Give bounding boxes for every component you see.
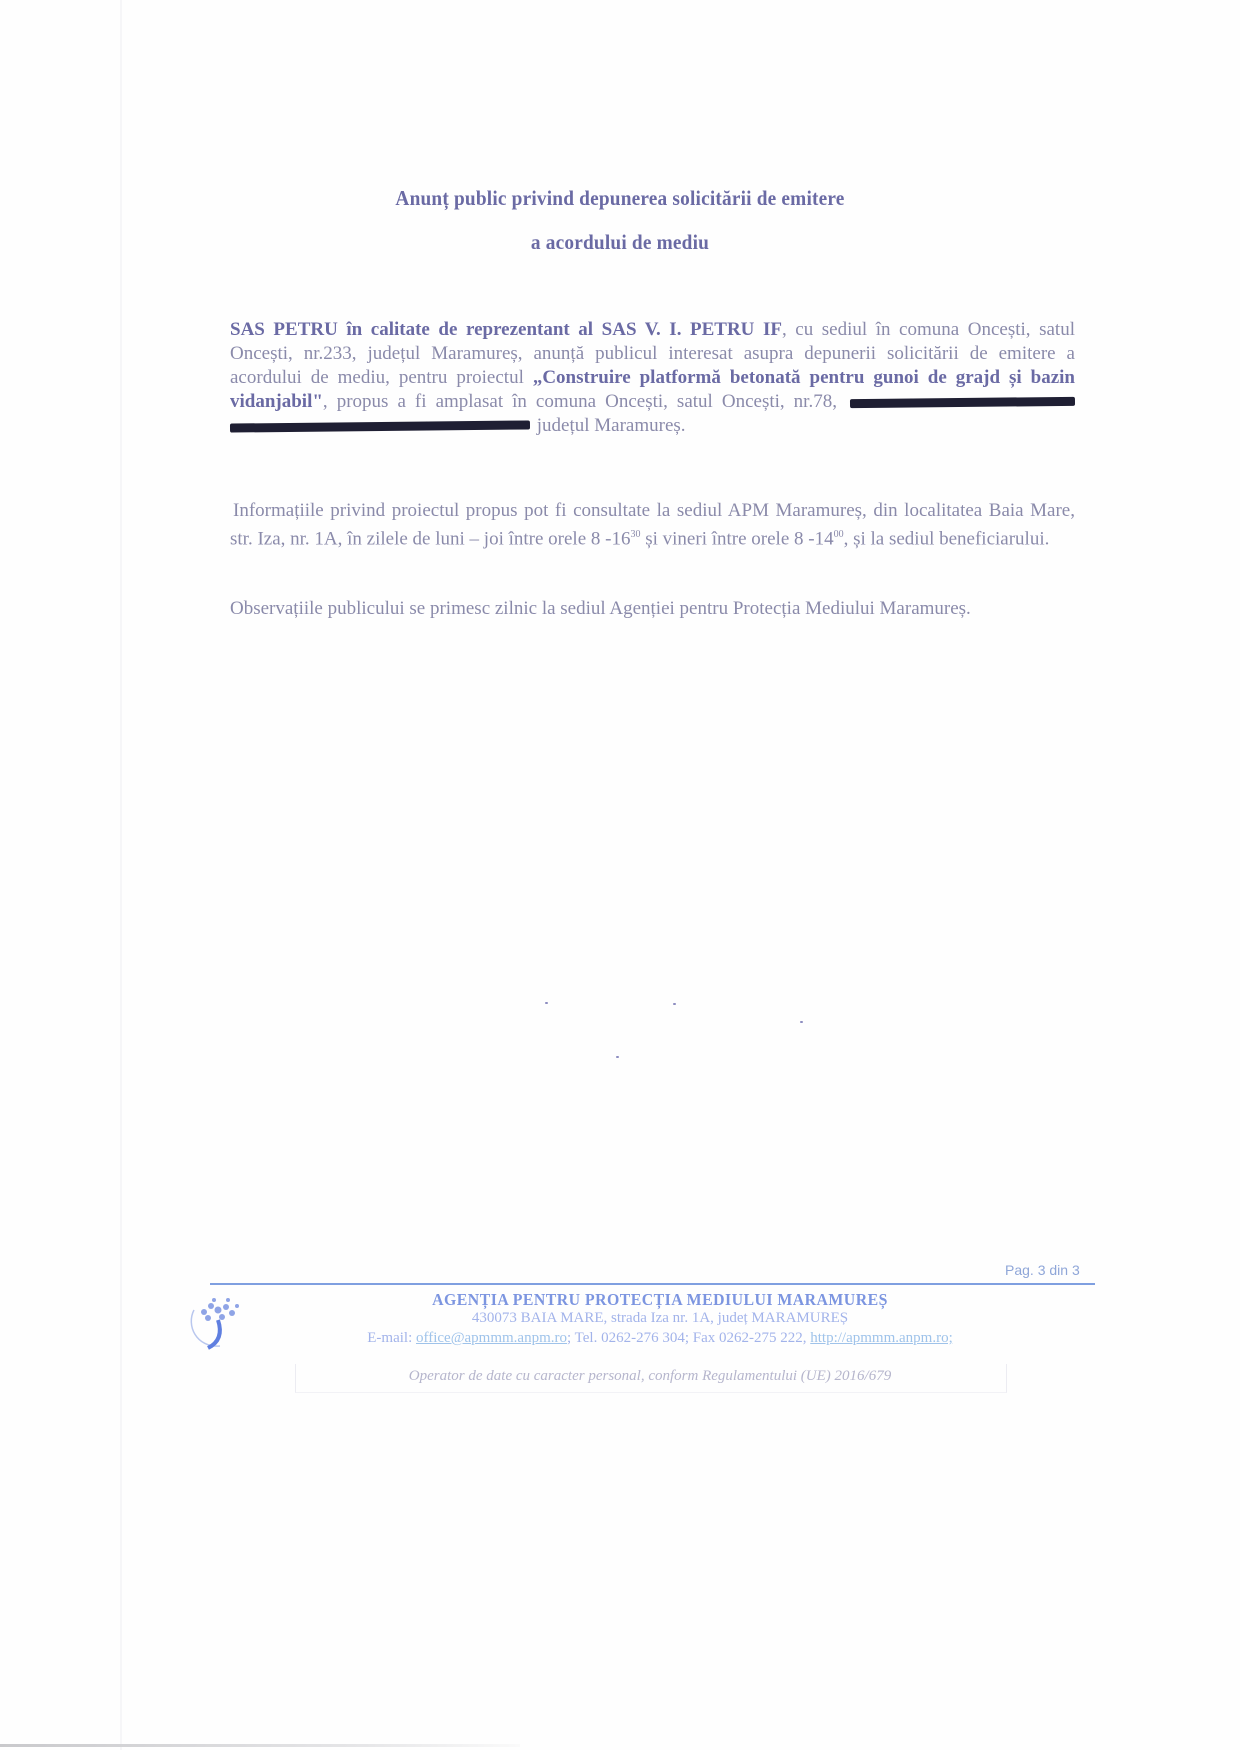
email-link[interactable]: office@apmmm.anpm.ro xyxy=(416,1330,567,1346)
document-page: Anunț public privind depunerea solicităr… xyxy=(0,0,1240,1750)
agency-name: AGENȚIA PENTRU PROTECȚIA MEDIULUI MARAMU… xyxy=(297,1290,1022,1310)
location-text: , propus a fi amplasat în comuna Oncești… xyxy=(323,391,846,412)
page-number: Pag. 3 din 3 xyxy=(1005,1262,1080,1278)
document-subtitle: a acordului de mediu xyxy=(50,230,1191,255)
footer-divider xyxy=(210,1283,1095,1285)
scan-edge xyxy=(120,0,122,1750)
agency-contact: E-mail: office@apmmm.anpm.ro; Tel. 0262-… xyxy=(240,1330,1080,1347)
applicant-name: SAS PETRU xyxy=(230,319,338,340)
announcement-paragraph: SAS PETRU în calitate de reprezentant al… xyxy=(230,318,1075,438)
company-name: SAS V. I. PETRU IF xyxy=(602,319,782,340)
document-title: Anunț public privind depunerea solicităr… xyxy=(50,186,1191,211)
observations-paragraph: Observațiile publicului se primesc zilni… xyxy=(230,597,1075,621)
info-text: , și la sediul beneficiarului. xyxy=(844,528,1050,549)
info-paragraph: Informațiile privind proiectul propus po… xyxy=(230,499,1075,551)
time-superscript: 00 xyxy=(834,529,844,540)
county-text: județul Maramureș. xyxy=(532,415,686,436)
email-label: E-mail: xyxy=(367,1330,416,1346)
role-text: în calitate de reprezentant al xyxy=(338,319,602,340)
gdpr-note: Operator de date cu caracter personal, c… xyxy=(295,1368,1005,1385)
redaction-bar xyxy=(230,421,530,433)
website-link[interactable]: http://apmmm.anpm.ro; xyxy=(810,1330,953,1346)
redaction-bar xyxy=(850,397,1075,408)
info-text: și vineri între orele 8 -14 xyxy=(640,528,833,549)
scan-edge xyxy=(0,1744,520,1747)
time-superscript: 30 xyxy=(630,529,640,540)
phone-fax: ; Tel. 0262-276 304; Fax 0262-275 222, xyxy=(567,1330,810,1346)
agency-address: 430073 BAIA MARE, strada Iza nr. 1A, jud… xyxy=(270,1310,1050,1327)
